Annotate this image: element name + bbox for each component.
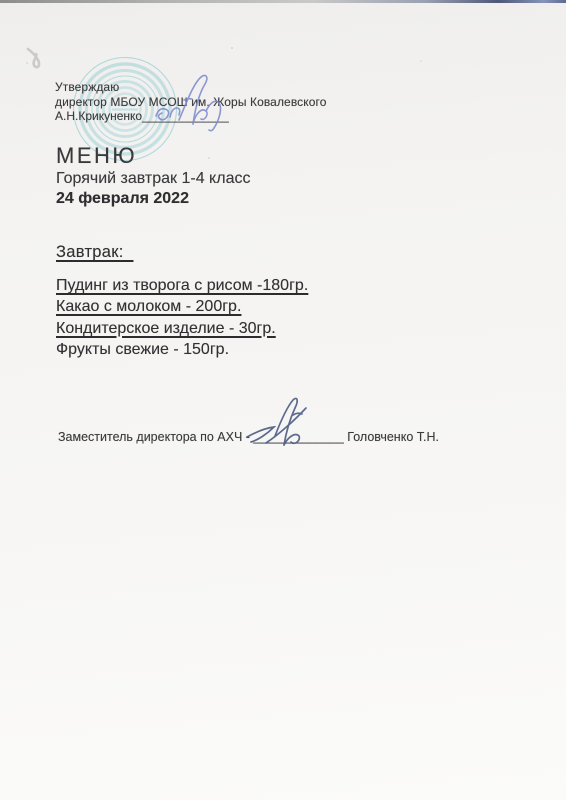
scan-speck [420,60,422,62]
title-block: МЕНЮ Горячий завтрак 1-4 класс 24 феврал… [56,144,250,208]
menu-item: Кондитерское изделие - 30гр. [56,318,308,339]
scanned-menu-document: { "approval": { "line1": "Утверждаю", "l… [0,0,566,800]
deputy-name: Головченко Т.Н. [344,430,439,444]
deputy-label: Заместитель директора по АХЧ - [58,430,253,444]
scan-top-edge [0,0,566,3]
menu-item: Пудинг из творога с рисом -180гр. [56,275,308,296]
director-name: А.Н.Крикуненко [55,109,142,123]
date: 24 февраля 2022 [56,190,250,209]
director-signature [148,70,240,138]
meal-section: Завтрак: Пудинг из творога с рисом -180г… [56,243,308,361]
menu-item: Фрукты свежие - 150гр. [56,339,308,360]
menu-items-list: Пудинг из творога с рисом -180гр. Какао … [56,275,308,361]
deputy-signature [244,395,324,451]
meal-heading: Завтрак: [56,243,133,261]
page-title: МЕНЮ [56,144,250,168]
scan-speck [231,47,233,49]
subtitle: Горячий завтрак 1-4 класс [56,170,250,189]
ink-smudge [24,47,50,73]
menu-item: Какао с молоком - 200гр. [56,296,308,317]
